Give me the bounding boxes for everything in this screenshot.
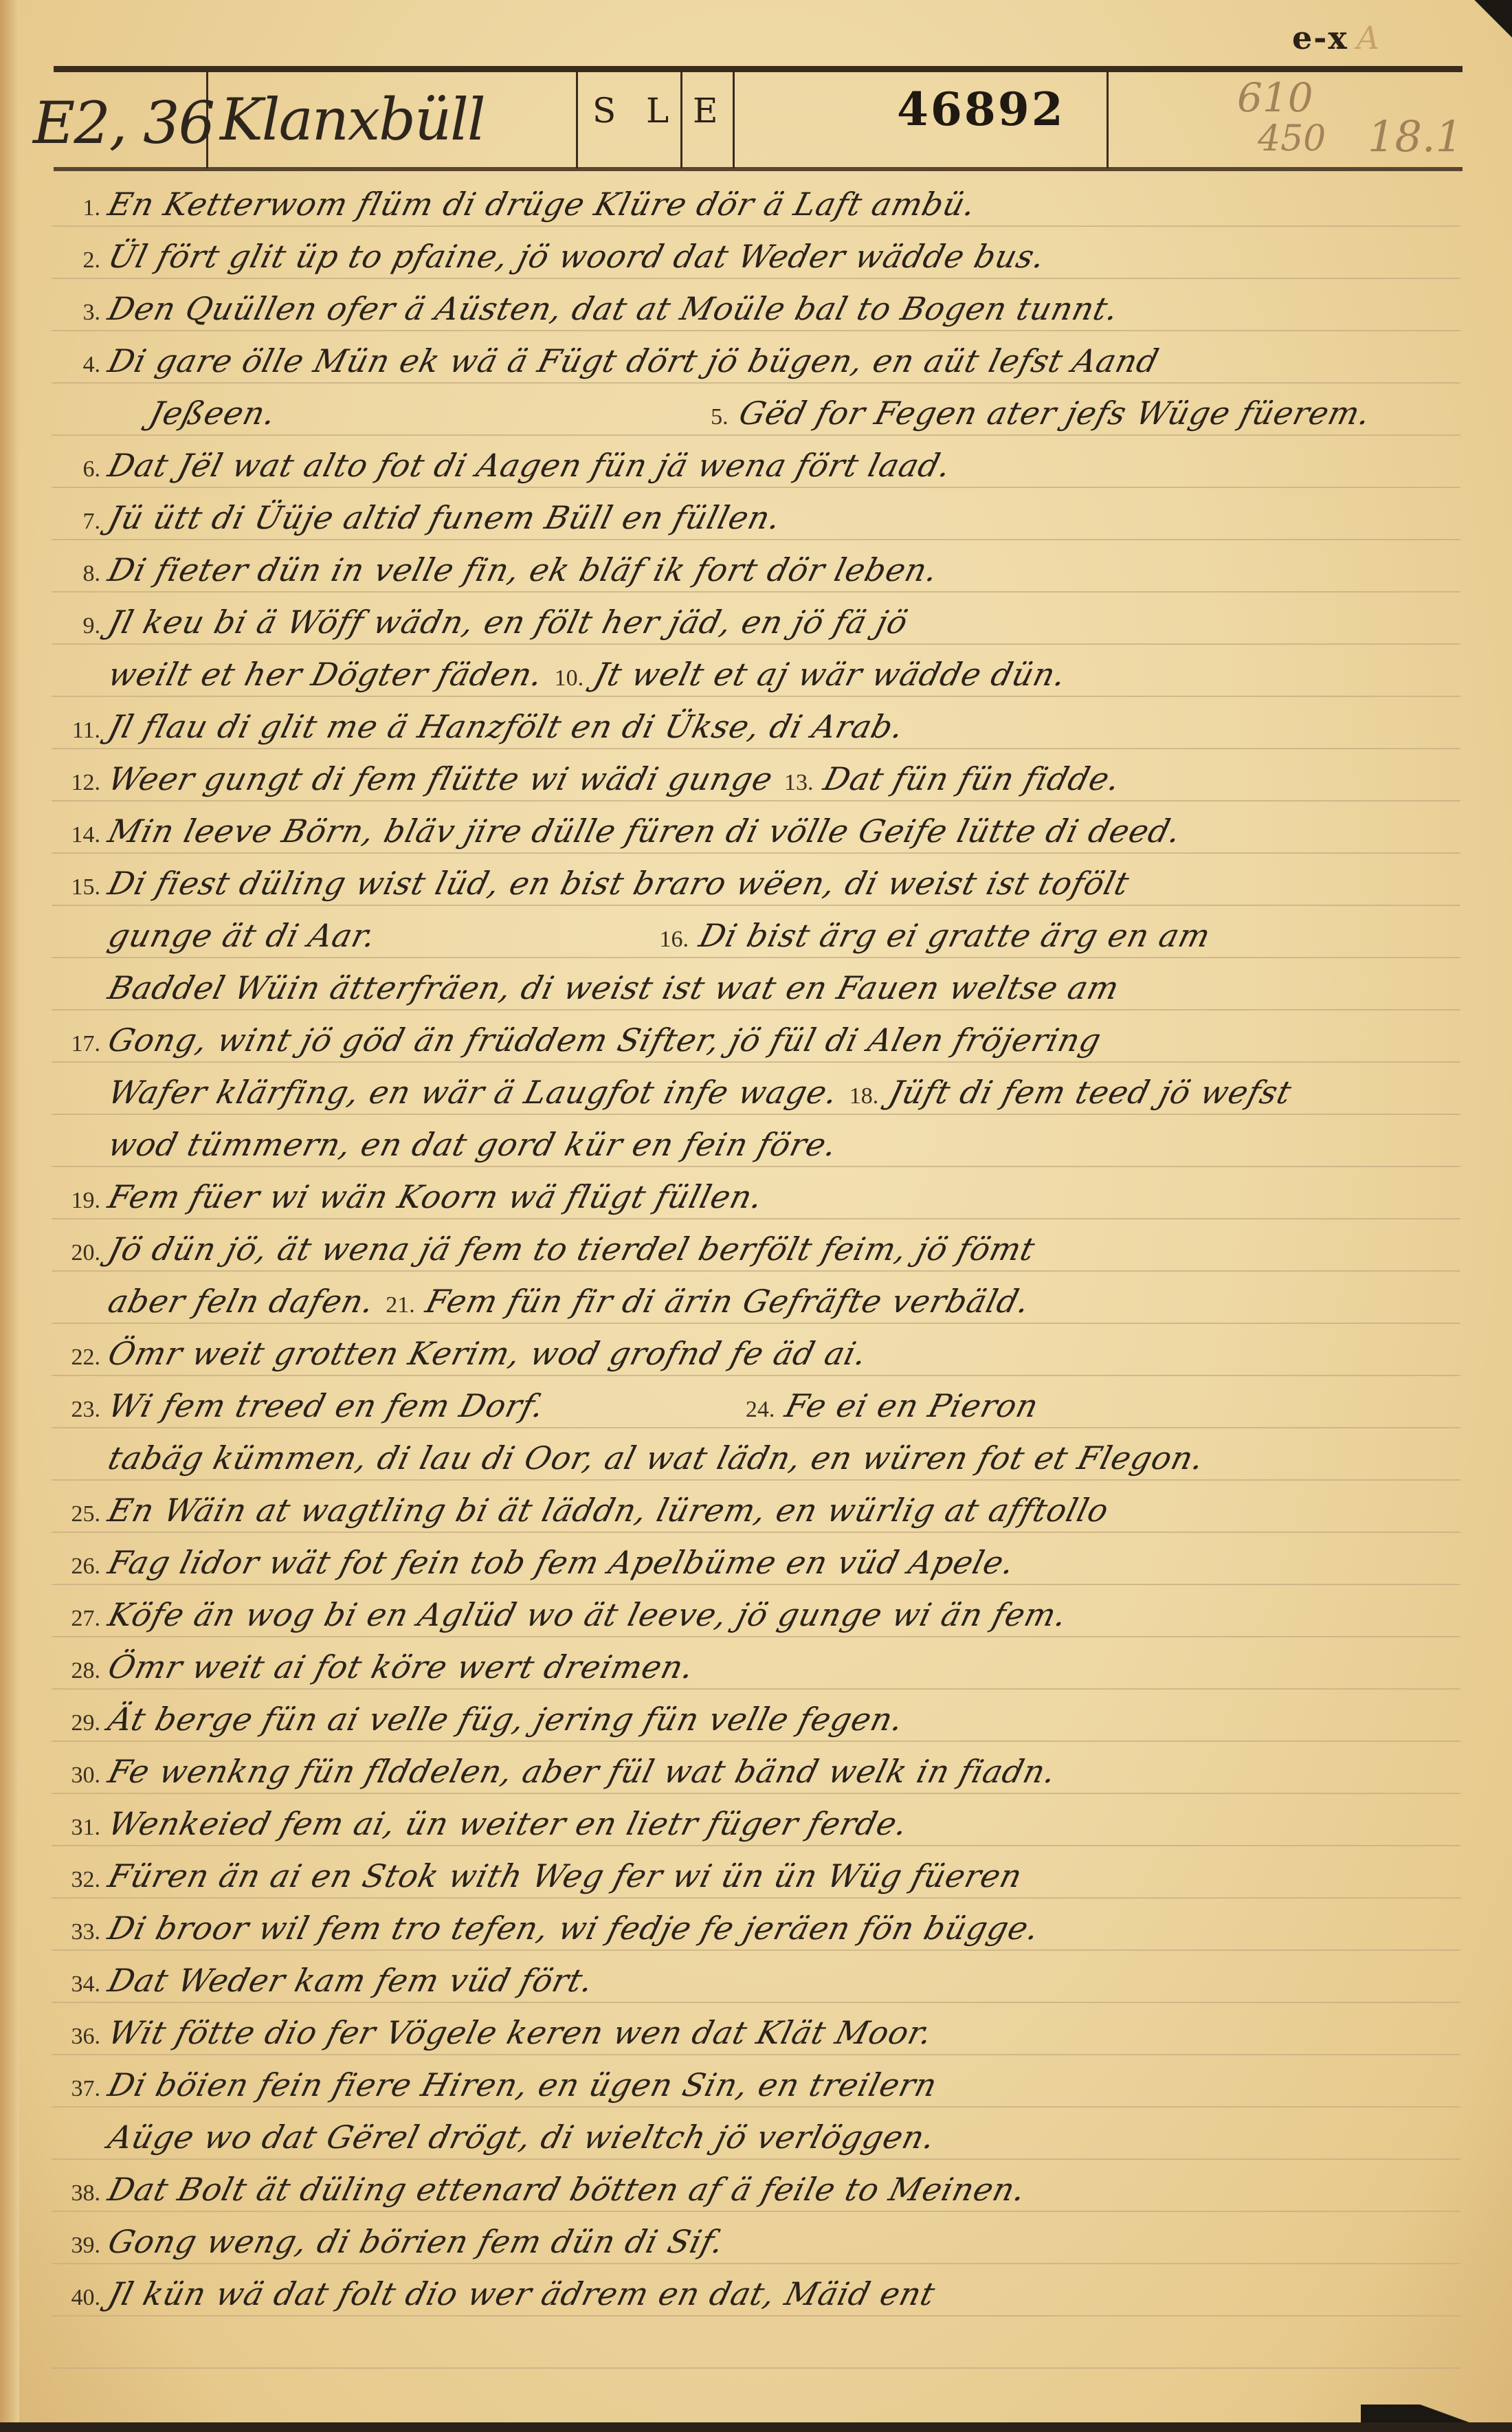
ruled-line — [52, 1532, 1460, 1533]
line-number: 27. — [48, 1606, 104, 1632]
text-line: 12.Weer gungt di fem flütte wi wädi gung… — [48, 752, 1478, 800]
line-text: Di fiest düling wist lüd, en bist braro … — [104, 865, 1133, 902]
text-line: 15.Di fiest düling wist lüd, en bist bra… — [48, 856, 1478, 905]
ruled-line — [52, 1845, 1460, 1846]
ruled-line — [52, 330, 1460, 331]
line-text: Wafer klärfing, en wär ä Laugfot infe wa… — [104, 1074, 842, 1111]
text-line: 39.Gong weng, di börien fem dün di Sif. — [48, 2215, 1478, 2263]
line-text: Di fieter dün in velle fin, ek bläf ik f… — [104, 551, 942, 588]
line-number: 25. — [48, 1501, 104, 1527]
text-line: Aüge wo dat Gërel drögt, di wieltch jö v… — [48, 2110, 1478, 2158]
ruled-line — [52, 1009, 1460, 1010]
text-line: 6.Dat Jël wat alto fot di Aagen fün jä w… — [48, 439, 1478, 487]
text-line: 27.Köfe än wog bi en Aglüd wo ät leeve, … — [48, 1588, 1478, 1636]
line-number: 31. — [48, 1815, 104, 1841]
text-line: 14.Min leeve Börn, bläv jire dülle füren… — [48, 804, 1478, 852]
line-number: 39. — [48, 2233, 104, 2259]
text-line: 31.Wenkeied fem ai, ün weiter en lietr f… — [48, 1797, 1478, 1845]
line-text: En Wäin at wagtling bi ät läddn, lürem, … — [104, 1492, 1113, 1529]
ruled-line — [52, 487, 1460, 488]
text-line: 33.Di broor wil fem tro tefen, wi fedje … — [48, 1901, 1478, 1949]
ruled-line — [52, 2315, 1460, 2317]
text-line: 11.Jl flau di glit me ä Hanzfölt en di Ü… — [48, 700, 1478, 748]
ruled-line — [52, 1375, 1460, 1376]
line-number: 2. — [48, 247, 104, 274]
line-text: Dat Bolt ät düling ettenard bötten af ä … — [104, 2171, 1030, 2208]
ruled-line — [52, 1427, 1460, 1428]
line-number: 40. — [48, 2285, 104, 2311]
ruled-line — [52, 800, 1460, 802]
line-number: 12. — [48, 770, 104, 796]
line-text: Di bist ärg ei gratte ärg en am — [696, 917, 1214, 954]
text-line: 34.Dat Weder kam fem vüd fört. — [48, 1954, 1478, 2002]
ruled-line — [52, 1114, 1460, 1115]
line-text: Fem fün fir di ärin Gefräfte verbäld. — [422, 1283, 1034, 1320]
line-text: Fe ei en Pieron — [781, 1387, 1043, 1424]
line-number: 4. — [48, 352, 104, 378]
ruled-line — [52, 2054, 1460, 2055]
text-line: 22.Ömr weit grotten Kerim, wod grofnd fe… — [48, 1327, 1478, 1375]
line-text: Gong weng, di börien fem dün di Sif. — [104, 2223, 728, 2260]
text-line: 17.Gong, wint jö göd än früddem Sifter, … — [48, 1013, 1478, 1061]
line-number: 18. — [849, 1083, 879, 1109]
line-text: Dat fün fün fidde. — [820, 760, 1124, 797]
ruled-line — [52, 1166, 1460, 1167]
text-line: 7.Jü ütt di Üüje altid funem Büll en fül… — [48, 491, 1478, 539]
line-text: Gëd for Fegen ater jefs Wüge füerem. — [735, 395, 1375, 432]
line-text: Jl keu bi ä Wöff wädn, en fölt her jäd, … — [104, 604, 912, 641]
text-line: 3.Den Quüllen ofer ä Aüsten, dat at Moül… — [48, 282, 1478, 330]
line-number: 14. — [48, 822, 104, 848]
archive-card: e-xA E2, 36 Klanxbüll S L E 46892 610 45… — [0, 0, 1512, 2432]
line-text: Gong, wint jö göd än früddem Sifter, jö … — [104, 1021, 1105, 1059]
text-line: 26.Fag lidor wät fot fein tob fem Apelbü… — [48, 1536, 1478, 1584]
line-number: 10. — [555, 665, 584, 692]
ruled-line — [52, 1897, 1460, 1899]
ruled-line — [52, 1061, 1460, 1063]
text-line: 32.Füren än ai en Stok with Weg fer wi ü… — [48, 1849, 1478, 1897]
line-text: aber feln dafen. — [104, 1283, 379, 1320]
line-text: Di böien fein fiere Hiren, en ügen Sin, … — [104, 2066, 941, 2103]
ruled-line — [52, 2263, 1460, 2264]
line-number: 17. — [48, 1031, 104, 1057]
ruled-line — [52, 278, 1460, 279]
line-text: Di broor wil fem tro tefen, wi fedje fe … — [104, 1910, 1043, 1947]
ruled-line — [52, 748, 1460, 749]
ruled-line — [52, 1584, 1460, 1585]
line-number: 34. — [48, 1971, 104, 1998]
line-number: 16. — [660, 927, 689, 953]
line-number: 21. — [386, 1292, 415, 1318]
text-line: Jeßeen.5.Gëd for Fegen ater jefs Wüge fü… — [48, 386, 1478, 434]
ruled-line — [52, 225, 1460, 227]
text-line: 25.En Wäin at wagtling bi ät läddn, lüre… — [48, 1483, 1478, 1532]
ruled-line — [52, 2211, 1460, 2212]
line-number: 28. — [48, 1658, 104, 1684]
text-line: 20.Jö dün jö, ät wena jä fem to tierdel … — [48, 1222, 1478, 1270]
text-line: wod tümmern, en dat gord kür en fein för… — [48, 1118, 1478, 1166]
text-line: 40.Jl kün wä dat folt dio wer ädrem en d… — [48, 2267, 1478, 2315]
line-text: Baddel Wüin ätterfräen, di weist ist wat… — [104, 969, 1123, 1006]
ruled-line — [52, 1688, 1460, 1690]
ruled-line — [52, 1949, 1460, 1951]
ruled-line — [52, 2367, 1460, 2369]
line-number: 20. — [48, 1240, 104, 1266]
line-text: Jeßeen. — [146, 395, 280, 432]
line-text: Wi fem treed en fem Dorf. — [104, 1387, 548, 1424]
line-number: 26. — [48, 1554, 104, 1580]
line-text: Jt welt et aj wär wädde dün. — [590, 656, 1070, 693]
line-number: 36. — [48, 2024, 104, 2050]
text-line: Wafer klärfing, en wär ä Laugfot infe wa… — [48, 1065, 1478, 1114]
line-text: Wenkeied fem ai, ün weiter en lietr füge… — [104, 1805, 912, 1842]
line-number: 23. — [48, 1397, 104, 1423]
line-text: Füren än ai en Stok with Weg fer wi ün ü… — [104, 1857, 1026, 1894]
line-number: 22. — [48, 1345, 104, 1371]
line-number: 38. — [48, 2180, 104, 2207]
line-number: 5. — [711, 404, 729, 430]
text-line: 19.Fem füer wi wän Koorn wä flügt füllen… — [48, 1170, 1478, 1218]
line-number: 8. — [48, 561, 104, 587]
line-text: Jl kün wä dat folt dio wer ädrem en dat,… — [104, 2275, 940, 2312]
line-number: 24. — [746, 1397, 775, 1423]
text-line: weilt et her Dögter fäden.10.Jt welt et … — [48, 648, 1478, 696]
line-number: 13. — [784, 770, 814, 796]
line-text: Köfe än wog bi en Aglüd wo ät leeve, jö … — [104, 1596, 1071, 1633]
text-line: 36.Wit fötte dio fer Vögele keren wen da… — [48, 2006, 1478, 2054]
text-line: tabäg kümmen, di lau di Oor, al wat lädn… — [48, 1431, 1478, 1479]
ruled-line — [52, 591, 1460, 593]
text-line: 23.Wi fem treed en fem Dorf.24.Fe ei en … — [48, 1379, 1478, 1427]
line-number: 15. — [48, 874, 104, 900]
line-text: Jü ütt di Üüje altid funem Büll en fülle… — [104, 499, 785, 536]
line-text: Ät berge fün ai velle füg, jering fün ve… — [104, 1701, 908, 1738]
ruled-line — [52, 1636, 1460, 1637]
line-number: 11. — [48, 718, 104, 744]
line-text: weilt et her Dögter fäden. — [104, 656, 547, 693]
line-text: wod tümmern, en dat gord kür en fein för… — [104, 1126, 841, 1163]
ruled-line — [52, 852, 1460, 854]
line-number: 6. — [48, 456, 104, 483]
line-number: 37. — [48, 2076, 104, 2102]
ruled-line — [52, 539, 1460, 540]
line-text: Fe wenkng fün flddelen, aber fül wat bän… — [104, 1753, 1060, 1790]
ruled-line — [52, 382, 1460, 384]
line-text: Min leeve Börn, bläv jire dülle füren di… — [104, 812, 1186, 850]
line-text: tabäg kümmen, di lau di Oor, al wat lädn… — [104, 1439, 1208, 1477]
line-text: Wit fötte dio fer Vögele keren wen dat K… — [104, 2014, 937, 2051]
line-text: Ül fört glit üp to pfaine, jö woord dat … — [104, 238, 1049, 275]
text-line: 29.Ät berge fün ai velle füg, jering fün… — [48, 1692, 1478, 1740]
text-line: 30.Fe wenkng fün flddelen, aber fül wat … — [48, 1745, 1478, 1793]
line-number: 7. — [48, 509, 104, 535]
text-line: aber feln dafen.21.Fem fün fir di ärin G… — [48, 1274, 1478, 1323]
line-number: 33. — [48, 1919, 104, 1945]
ruled-line — [52, 1793, 1460, 1794]
ruled-line — [52, 2106, 1460, 2108]
line-text: Dat Jël wat alto fot di Aagen fün jä wen… — [104, 447, 955, 484]
line-number: 29. — [48, 1710, 104, 1736]
line-text: Ömr weit ai fot köre wert dreimen. — [104, 1648, 698, 1685]
line-text: Dat Weder kam fem vüd fört. — [104, 1962, 597, 1999]
ruled-line — [52, 2002, 1460, 2003]
ruled-line — [52, 643, 1460, 645]
line-text: Fag lidor wät fot fein tob fem Apelbüme … — [104, 1544, 1019, 1581]
ruled-line — [52, 2158, 1460, 2160]
line-text: Aüge wo dat Gërel drögt, di wieltch jö v… — [104, 2119, 940, 2156]
line-text: Jüft di fem teed jö wefst — [885, 1074, 1296, 1111]
text-line: 8.Di fieter dün in velle fin, ek bläf ik… — [48, 543, 1478, 591]
line-text: En Ketterwom flüm di drüge Klüre dör ä L… — [104, 186, 980, 223]
text-line: 1.En Ketterwom flüm di drüge Klüre dör ä… — [48, 177, 1478, 225]
line-number: 3. — [48, 300, 104, 326]
line-number: 9. — [48, 613, 104, 639]
line-text: Di gare ölle Mün ek wä ä Fügt dört jö bü… — [104, 342, 1163, 379]
text-line: 37.Di böien fein fiere Hiren, en ügen Si… — [48, 2058, 1478, 2106]
ruled-line — [52, 957, 1460, 958]
line-text: Jl flau di glit me ä Hanzfölt en di Ükse… — [104, 708, 908, 745]
ruled-line — [52, 1740, 1460, 1742]
ruled-line — [52, 434, 1460, 436]
ruled-line — [52, 1479, 1460, 1481]
line-text: Fem füer wi wän Koorn wä flügt füllen. — [104, 1178, 767, 1215]
ruled-line — [52, 696, 1460, 697]
text-line: gunge ät di Aar.16.Di bist ärg ei gratte… — [48, 909, 1478, 957]
text-line: 2.Ül fört glit üp to pfaine, jö woord da… — [48, 230, 1478, 278]
ruled-line — [52, 1323, 1460, 1324]
ruled-line — [52, 905, 1460, 906]
ruled-line — [52, 1218, 1460, 1219]
text-line: 9.Jl keu bi ä Wöff wädn, en fölt her jäd… — [48, 595, 1478, 643]
line-text: Jö dün jö, ät wena jä fem to tierdel ber… — [104, 1230, 1039, 1268]
text-line: 4.Di gare ölle Mün ek wä ä Fügt dört jö … — [48, 334, 1478, 382]
line-number: 30. — [48, 1762, 104, 1789]
line-number: 32. — [48, 1867, 104, 1893]
text-line: Baddel Wüin ätterfräen, di weist ist wat… — [48, 961, 1478, 1009]
line-number: 1. — [48, 195, 104, 221]
line-text: Weer gungt di fem flütte wi wädi gunge — [104, 760, 777, 797]
line-text: Ömr weit grotten Kerim, wod grofnd fe äd… — [104, 1335, 871, 1372]
ruled-line — [52, 1270, 1460, 1272]
line-number: 19. — [48, 1188, 104, 1214]
text-line: 38.Dat Bolt ät düling ettenard bötten af… — [48, 2163, 1478, 2211]
line-text: gunge ät di Aar. — [104, 917, 380, 954]
line-text: Den Quüllen ofer ä Aüsten, dat at Moüle … — [104, 290, 1123, 327]
text-line: 28.Ömr weit ai fot köre wert dreimen. — [48, 1640, 1478, 1688]
